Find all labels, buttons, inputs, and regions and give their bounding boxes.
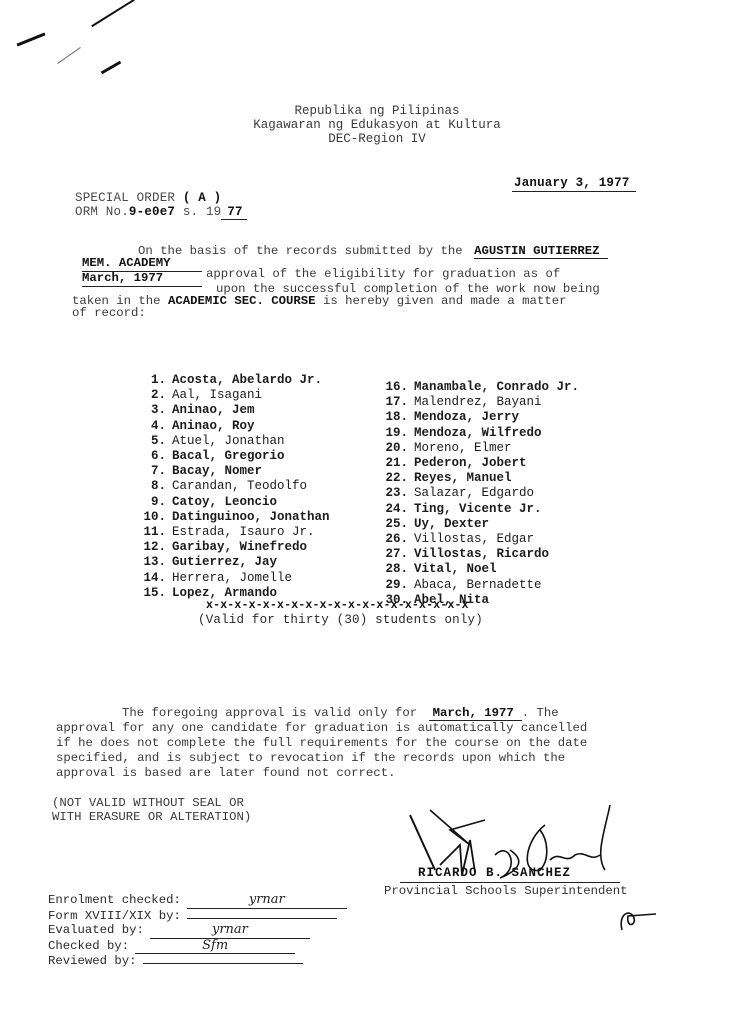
letterhead-republic: Republika ng Pilipinas [0, 104, 754, 118]
letterhead-department: Kagawaran ng Edukasyon at Kultura [0, 118, 754, 132]
signatory-name: RICARDO B. SANCHEZ [418, 866, 571, 880]
student-number: 1. [140, 373, 166, 388]
student-number: 29. [382, 578, 408, 593]
student-name: Villostas, Edgar [414, 532, 534, 546]
checklist-label: Form XVIII/XIX by: [48, 909, 181, 923]
checklist-label: Evaluated by: [48, 923, 144, 937]
special-order-letter: ( A ) [183, 191, 222, 205]
student-row: 27.Villostas, Ricardo [382, 547, 579, 562]
checklist-label: Reviewed by: [48, 954, 137, 968]
student-number: 14. [140, 571, 166, 586]
student-name: Salazar, Edgardo [414, 486, 534, 500]
checklist-initials-field: Sfm [135, 939, 295, 955]
student-row: 16.Manambale, Conrado Jr. [382, 380, 579, 395]
student-name: Manambale, Conrado Jr. [414, 380, 579, 394]
student-row: 11.Estrada, Isauro Jr. [140, 525, 330, 540]
student-row: 2.Aal, Isagani [140, 388, 330, 403]
student-number: 12. [140, 540, 166, 555]
student-list-right: 16.Manambale, Conrado Jr.17.Malendrez, B… [382, 380, 579, 608]
student-name: Catoy, Leoncio [172, 495, 277, 509]
stray-ink-mark [91, 0, 134, 27]
student-row: 12.Garibay, Winefredo [140, 540, 330, 555]
checklist: Enrolment checked:yrnarForm XVIII/XIX by… [48, 893, 347, 969]
student-list-left: 1.Acosta, Abelardo Jr.2.Aal, Isagani3.An… [140, 373, 330, 601]
student-row: 3.Aninao, Jem [140, 403, 330, 418]
student-name: Abaca, Bernadette [414, 578, 542, 592]
student-name: Acosta, Abelardo Jr. [172, 373, 322, 387]
student-row: 14.Herrera, Jomelle [140, 571, 330, 586]
checklist-initials-field [143, 963, 303, 964]
student-name: Herrera, Jomelle [172, 571, 292, 585]
student-number: 16. [382, 380, 408, 395]
closing-line-5: approval is based are later found not co… [56, 766, 395, 781]
student-row: 21.Pederon, Jobert [382, 456, 579, 471]
student-row: 4.Aninao, Roy [140, 419, 330, 434]
letterhead-region: DEC-Region IV [0, 132, 754, 146]
student-name: Aninao, Roy [172, 419, 255, 433]
student-row: 13.Gutierrez, Jay [140, 555, 330, 570]
student-name: Aal, Isagani [172, 388, 262, 402]
student-number: 18. [382, 410, 408, 425]
student-number: 24. [382, 502, 408, 517]
student-name: Villostas, Ricardo [414, 547, 549, 561]
student-name: Estrada, Isauro Jr. [172, 525, 315, 539]
intro-line-2: approval of the eligibility for graduati… [206, 267, 560, 282]
student-row: 24.Ting, Vicente Jr. [382, 502, 579, 517]
series-label: s. 19 [183, 205, 222, 219]
student-number: 22. [382, 471, 408, 486]
seal-note: (NOT VALID WITHOUT SEAL OR WITH ERASURE … [52, 796, 251, 824]
closing-line-1: The foregoing approval is valid only for… [122, 706, 559, 721]
student-row: 6.Bacal, Gregorio [140, 449, 330, 464]
student-number: 10. [140, 510, 166, 525]
checklist-row: Evaluated by:yrnar [48, 923, 347, 939]
student-number: 2. [140, 388, 166, 403]
student-name: Mendoza, Jerry [414, 410, 519, 424]
student-number: 25. [382, 517, 408, 532]
letterhead: Republika ng Pilipinas Kagawaran ng Eduk… [0, 104, 754, 146]
signatory-title: Provincial Schools Superintendent [384, 884, 628, 899]
student-number: 19. [382, 426, 408, 441]
closing-line-2: approval for any one candidate for gradu… [56, 721, 587, 736]
checklist-initials-field: yrnar [187, 893, 347, 909]
stray-ink-mark [101, 61, 122, 75]
closing-line-3: if he does not complete the full require… [56, 736, 587, 751]
student-number: 9. [140, 495, 166, 510]
student-row: 22.Reyes, Manuel [382, 471, 579, 486]
student-number: 28. [382, 562, 408, 577]
validity-note: (Valid for thirty (30) students only) [198, 613, 483, 627]
student-name: Reyes, Manuel [414, 471, 512, 485]
student-name: Malendrez, Bayani [414, 395, 542, 409]
student-number: 6. [140, 449, 166, 464]
checklist-initials-field: yrnar [150, 923, 310, 939]
student-row: 19.Mendoza, Wilfredo [382, 426, 579, 441]
student-row: 23.Salazar, Edgardo [382, 486, 579, 501]
checklist-row: Enrolment checked:yrnar [48, 893, 347, 909]
signature-line [400, 882, 620, 883]
special-order-block: SPECIAL ORDER ( A ) ORM No.9-e0e7 s. 197… [75, 191, 247, 219]
student-row: 9.Catoy, Leoncio [140, 495, 330, 510]
student-row: 5.Atuel, Jonathan [140, 434, 330, 449]
student-name: Uy, Dexter [414, 517, 489, 531]
student-number: 4. [140, 419, 166, 434]
separator-line: x-x-x-x-x-x-x-x-x-x-x-x-x-x-x-x-x-x-x [206, 599, 469, 612]
school-name: AGUSTIN GUTIERREZ [474, 244, 607, 259]
school-name-continued: MEM. ACADEMY [82, 256, 202, 272]
student-row: 17.Malendrez, Bayani [382, 395, 579, 410]
order-number-label: ORM No. [75, 205, 129, 219]
initials-mark [616, 904, 660, 932]
student-row: 8.Carandan, Teodolfo [140, 479, 330, 494]
student-number: 13. [140, 555, 166, 570]
checklist-row: Reviewed by: [48, 954, 347, 969]
student-number: 15. [140, 586, 166, 601]
graduation-date: March, 1977 [82, 271, 202, 287]
order-number: 9-e0e7 [129, 205, 175, 219]
special-order-label: SPECIAL ORDER [75, 191, 175, 205]
student-name: Bacay, Nomer [172, 464, 262, 478]
student-name: Vital, Noel [414, 562, 497, 576]
student-name: Mendoza, Wilfredo [414, 426, 542, 440]
student-number: 21. [382, 456, 408, 471]
course-name: ACADEMIC SEC. COURSE [168, 294, 316, 308]
student-name: Carandan, Teodolfo [172, 479, 307, 493]
student-name: Ting, Vicente Jr. [414, 502, 542, 516]
student-number: 20. [382, 441, 408, 456]
document-date: January 3, 1977 [512, 176, 636, 192]
checklist-label: Checked by: [48, 939, 129, 953]
student-row: 18.Mendoza, Jerry [382, 410, 579, 425]
student-number: 26. [382, 532, 408, 547]
valid-date: March, 1977 [429, 706, 522, 721]
checklist-row: Checked by:Sfm [48, 939, 347, 955]
intro-line-5: of record: [72, 306, 146, 321]
student-row: 7.Bacay, Nomer [140, 464, 330, 479]
student-row: 25.Uy, Dexter [382, 517, 579, 532]
student-name: Gutierrez, Jay [172, 555, 277, 569]
student-number: 7. [140, 464, 166, 479]
student-name: Pederon, Jobert [414, 456, 527, 470]
student-name: Garibay, Winefredo [172, 540, 307, 554]
intro-line-1: On the basis of the records submitted by… [138, 244, 608, 259]
series-year: 77 [221, 205, 246, 220]
stray-ink-mark [17, 32, 46, 46]
stray-ink-mark [57, 47, 81, 64]
student-name: Datinguinoo, Jonathan [172, 510, 330, 524]
student-number: 3. [140, 403, 166, 418]
student-row: 10.Datinguinoo, Jonathan [140, 510, 330, 525]
checklist-initials-field [187, 918, 337, 919]
student-row: 28.Vital, Noel [382, 562, 579, 577]
student-name: Lopez, Armando [172, 586, 277, 600]
student-name: Moreno, Elmer [414, 441, 512, 455]
student-row: 1.Acosta, Abelardo Jr. [140, 373, 330, 388]
student-number: 17. [382, 395, 408, 410]
student-number: 27. [382, 547, 408, 562]
closing-line-4: specified, and is subject to revocation … [56, 751, 565, 766]
checklist-row: Form XVIII/XIX by: [48, 909, 347, 924]
checklist-label: Enrolment checked: [48, 893, 181, 907]
student-row: 26.Villostas, Edgar [382, 532, 579, 547]
intro-line-4: taken in the ACADEMIC SEC. COURSE is her… [72, 294, 566, 309]
student-row: 20.Moreno, Elmer [382, 441, 579, 456]
student-number: 8. [140, 479, 166, 494]
student-number: 23. [382, 486, 408, 501]
student-name: Aninao, Jem [172, 403, 255, 417]
student-row: 29.Abaca, Bernadette [382, 578, 579, 593]
student-number: 11. [140, 525, 166, 540]
student-number: 5. [140, 434, 166, 449]
student-name: Atuel, Jonathan [172, 434, 285, 448]
student-name: Bacal, Gregorio [172, 449, 285, 463]
